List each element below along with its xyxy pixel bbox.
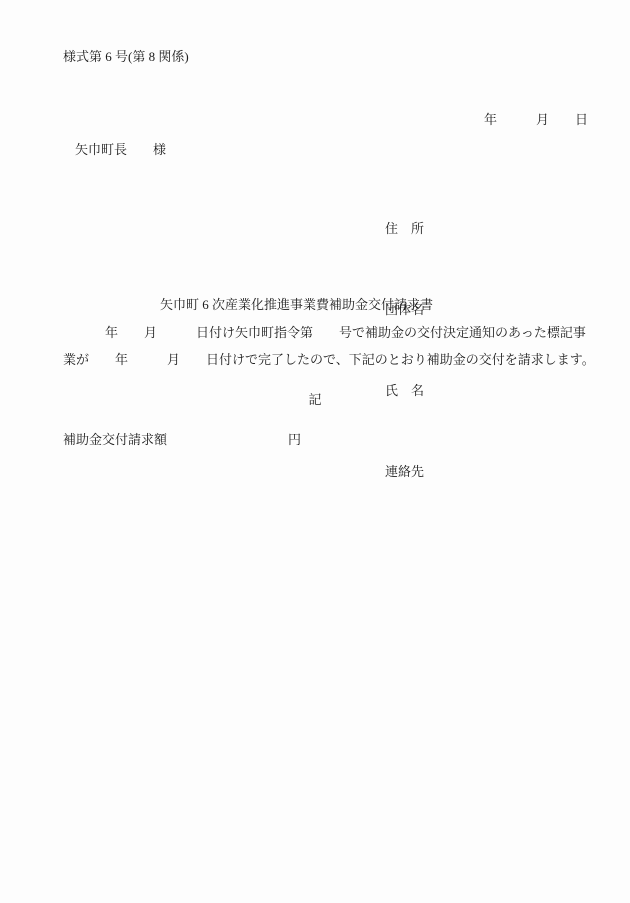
amount-unit: 円 <box>288 431 301 449</box>
sender-block: 住 所 団体名 氏 名 連絡先 <box>385 161 424 539</box>
document-title: 矢巾町 6 次産業化推進事業費補助金交付請求書 <box>160 296 433 314</box>
sender-contact-label: 連絡先 <box>385 458 424 485</box>
amount-label: 補助金交付請求額 <box>63 431 167 449</box>
body-line-2: 業が 年 月 日付けで完了したので、下記のとおり補助金の交付を請求します。 <box>63 351 595 369</box>
document-page: 様式第 6 号(第 8 関係) 年 月 日 矢巾町長 様 住 所 団体名 氏 名… <box>0 0 630 903</box>
issue-date-line: 年 月 日 <box>484 111 588 129</box>
addressee: 矢巾町長 様 <box>75 141 166 159</box>
sender-address-label: 住 所 <box>385 215 424 242</box>
record-heading: 記 <box>0 391 630 409</box>
form-number: 様式第 6 号(第 8 関係) <box>63 48 189 66</box>
body-line-1: 年 月 日付け矢巾町指令第 号で補助金の交付決定通知のあった標記事 <box>63 324 586 342</box>
